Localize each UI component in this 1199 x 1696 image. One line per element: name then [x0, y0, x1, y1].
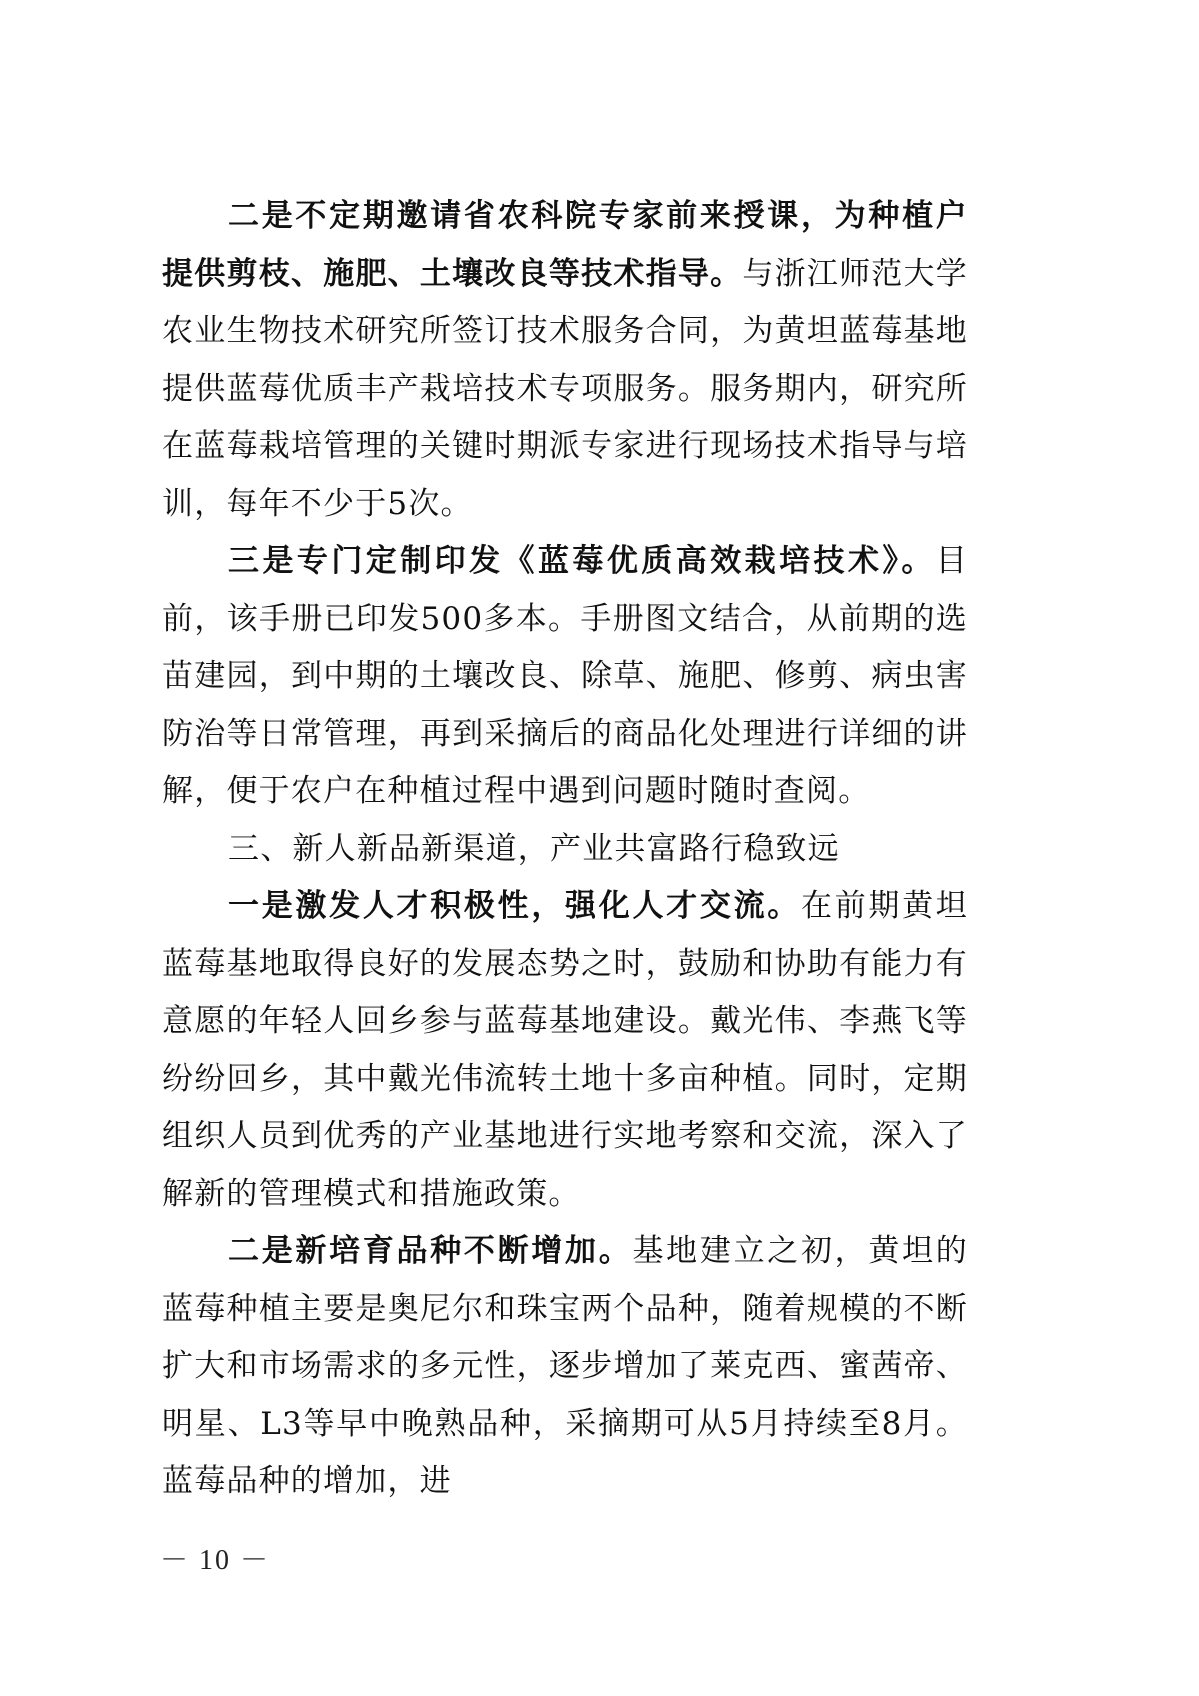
- section-heading: 三、新人新品新渠道，产业共富路行稳致远: [162, 821, 968, 879]
- paragraph-lead: 三是专门定制印发《蓝莓优质高效栽培技术》。: [228, 543, 936, 579]
- paragraph-text: 在前期黄坦蓝莓基地取得良好的发展态势之时，鼓励和协助有能力有意愿的年轻人回乡参与…: [162, 888, 968, 1212]
- document-body: 二是不定期邀请省农科院专家前来授课，为种植户提供剪枝、施肥、土壤改良等技术指导。…: [162, 188, 968, 1511]
- paragraph-lead: 一是激发人才积极性，强化人才交流。: [228, 888, 801, 924]
- paragraph-text: 基地建立之初，黄坦的蓝莓种植主要是奥尼尔和珠宝两个品种，随着规模的不断扩大和市场…: [162, 1233, 968, 1499]
- paragraph-lead: 二是新培育品种不断增加。: [228, 1233, 632, 1269]
- paragraph-manual: 三是专门定制印发《蓝莓优质高效栽培技术》。目前，该手册已印发500多本。手册图文…: [162, 533, 968, 821]
- paragraph-varieties: 二是新培育品种不断增加。基地建立之初，黄坦的蓝莓种植主要是奥尼尔和珠宝两个品种，…: [162, 1223, 968, 1511]
- document-page: 二是不定期邀请省农科院专家前来授课，为种植户提供剪枝、施肥、土壤改良等技术指导。…: [0, 0, 1199, 1696]
- paragraph-expert-training: 二是不定期邀请省农科院专家前来授课，为种植户提供剪枝、施肥、土壤改良等技术指导。…: [162, 188, 968, 533]
- paragraph-text: 目前，该手册已印发500多本。手册图文结合，从前期的选苗建园，到中期的土壤改良、…: [162, 543, 968, 809]
- paragraph-text: 与浙江师范大学农业生物技术研究所签订技术服务合同，为黄坦蓝莓基地提供蓝莓优质丰产…: [162, 256, 968, 522]
- paragraph-talent: 一是激发人才积极性，强化人才交流。在前期黄坦蓝莓基地取得良好的发展态势之时，鼓励…: [162, 878, 968, 1223]
- page-number: － 10 －: [160, 1538, 270, 1578]
